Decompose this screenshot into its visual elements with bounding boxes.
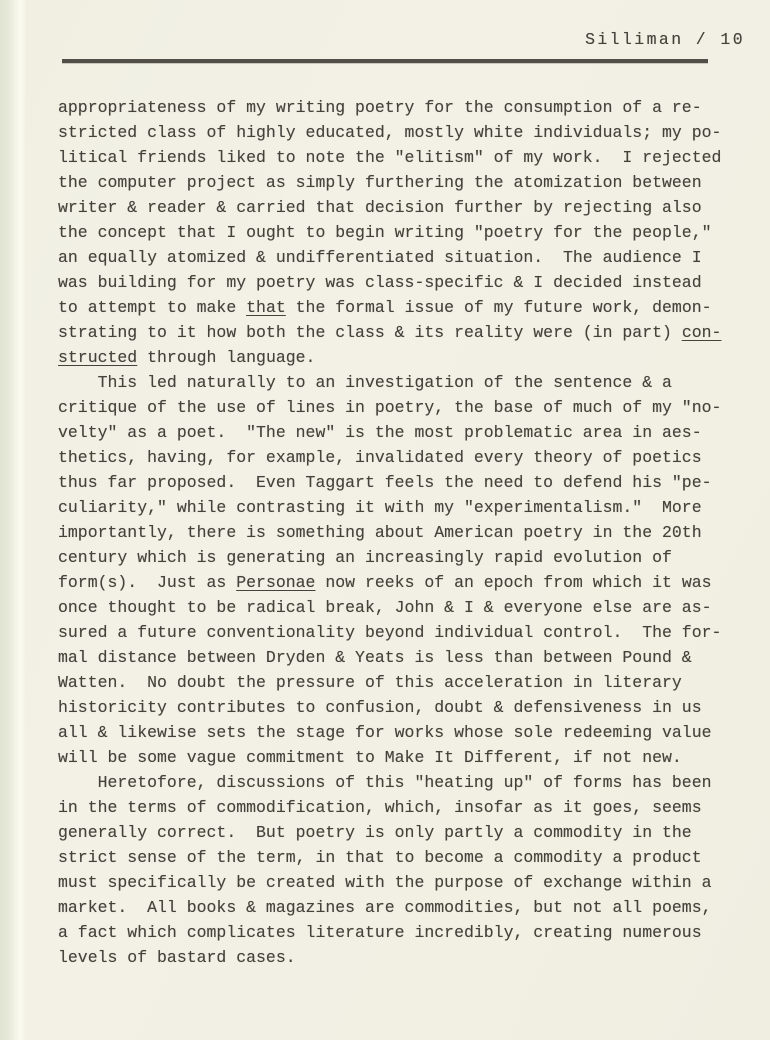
text-line: generally correct. But poetry is only pa… [58, 820, 758, 845]
text-line: mal distance between Dryden & Yeats is l… [58, 645, 758, 670]
text-line: thus far proposed. Even Taggart feels th… [58, 470, 758, 495]
text-line: all & likewise sets the stage for works … [58, 720, 758, 745]
text-line: litical friends liked to note the "eliti… [58, 145, 758, 170]
text-line: market. All books & magazines are commod… [58, 895, 758, 920]
text-line: appropriateness of my writing poetry for… [58, 95, 758, 120]
text-line: thetics, having, for example, invalidate… [58, 445, 758, 470]
header-rule [62, 59, 708, 63]
page-edge-shadow [0, 0, 26, 1040]
text-line: historicity contributes to confusion, do… [58, 695, 758, 720]
text-line: a fact which complicates literature incr… [58, 920, 758, 945]
text-line: writer & reader & carried that decision … [58, 195, 758, 220]
document-body: appropriateness of my writing poetry for… [58, 95, 758, 970]
text-line: culiarity," while contrasting it with my… [58, 495, 758, 520]
text-line: importantly, there is something about Am… [58, 520, 758, 545]
text-line: sured a future conventionality beyond in… [58, 620, 758, 645]
scanned-page: Silliman / 10 appropriateness of my writ… [0, 0, 770, 1040]
text-line: to attempt to make that the formal issue… [58, 295, 758, 320]
text-line: This led naturally to an investigation o… [58, 370, 758, 395]
text-line: stricted class of highly educated, mostl… [58, 120, 758, 145]
text-line: the computer project as simply furtherin… [58, 170, 758, 195]
text-line: form(s). Just as Personae now reeks of a… [58, 570, 758, 595]
text-line: century which is generating an increasin… [58, 545, 758, 570]
text-line: will be some vague commitment to Make It… [58, 745, 758, 770]
text-line: Heretofore, discussions of this "heating… [58, 770, 758, 795]
text-line: was building for my poetry was class-spe… [58, 270, 758, 295]
text-line: strating to it how both the class & its … [58, 320, 758, 345]
text-line: strict sense of the term, in that to bec… [58, 845, 758, 870]
text-line: critique of the use of lines in poetry, … [58, 395, 758, 420]
page-header: Silliman / 10 [585, 29, 745, 51]
text-line: the concept that I ought to begin writin… [58, 220, 758, 245]
text-line: velty" as a poet. "The new" is the most … [58, 420, 758, 445]
text-line: in the terms of commodification, which, … [58, 795, 758, 820]
text-line: once thought to be radical break, John &… [58, 595, 758, 620]
text-line: an equally atomized & undifferentiated s… [58, 245, 758, 270]
text-line: Watten. No doubt the pressure of this ac… [58, 670, 758, 695]
text-line: must specifically be created with the pu… [58, 870, 758, 895]
text-line: levels of bastard cases. [58, 945, 758, 970]
text-line: structed through language. [58, 345, 758, 370]
